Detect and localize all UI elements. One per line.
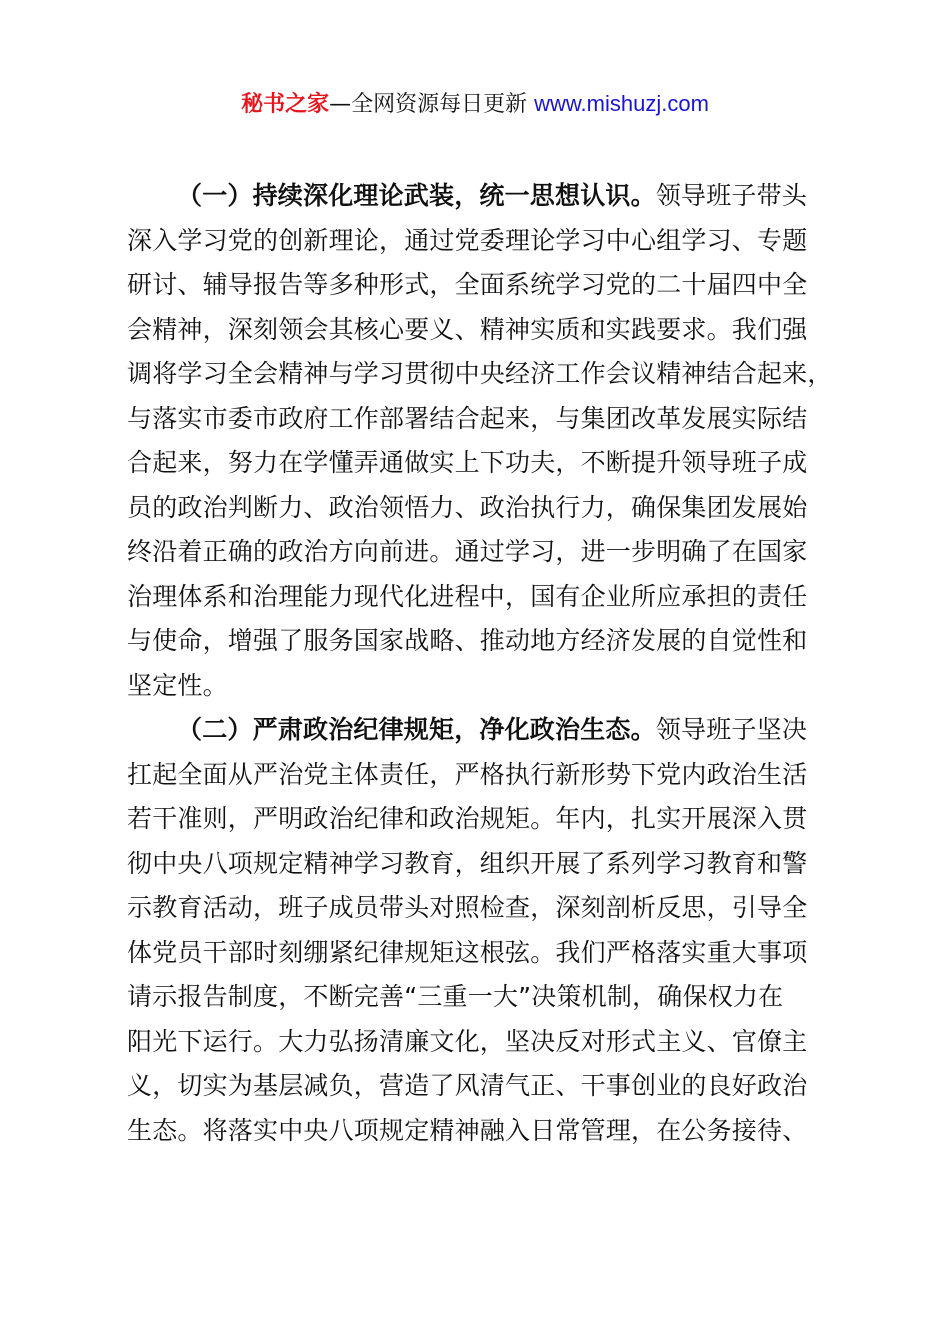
paragraph-line: 合起来，努力在学懂弄通做实上下功夫，不断提升领导班子成	[127, 441, 847, 486]
paragraph-line: 员的政治判断力、政治领悟力、政治执行力，确保集团发展始	[127, 486, 847, 531]
paragraph-line: 与落实市委市政府工作部署结合起来，与集团改革发展实际结	[127, 397, 847, 442]
paragraph-line: 体党员干部时刻绷紧纪律规矩这根弦。我们严格落实重大事项	[127, 931, 847, 976]
watermark-header: 秘书之家—全网资源每日更新 www.mishuzj.com	[0, 88, 950, 121]
section-2: （二）严肃政治纪律规矩，净化政治生态。领导班子坚决 扛起全面从严治党主体责任，严…	[127, 708, 847, 1153]
paragraph-line: 示教育活动，班子成员带头对照检查，深刻剖析反思，引导全	[127, 886, 847, 931]
paragraph-line: 请示报告制度，不断完善“三重一大”决策机制，确保权力在	[127, 975, 847, 1020]
paragraph-line: 义，切实为基层减负，营造了风清气正、干事创业的良好政治	[127, 1064, 847, 1109]
paragraph-line: 生态。将落实中央八项规定精神融入日常管理，在公务接待、	[127, 1109, 847, 1154]
section-heading: （二）严肃政治纪律规矩，净化政治生态。	[177, 715, 656, 744]
paragraph-line: 彻中央八项规定精神学习教育，组织开展了系列学习教育和警	[127, 842, 847, 887]
paragraph-line: （一）持续深化理论武装，统一思想认识。领导班子带头	[127, 174, 847, 219]
paragraph-line: 深入学习党的创新理论，通过党委理论学习中心组学习、专题	[127, 219, 847, 264]
section-heading: （一）持续深化理论武装，统一思想认识。	[177, 181, 656, 210]
paragraph-line: （二）严肃政治纪律规矩，净化政治生态。领导班子坚决	[127, 708, 847, 753]
section-1: （一）持续深化理论武装，统一思想认识。领导班子带头 深入学习党的创新理论，通过党…	[127, 174, 847, 708]
paragraph-line: 坚定性。	[127, 664, 847, 709]
paragraph-line: 调将学习全会精神与学习贯彻中央经济工作会议精神结合起来，	[127, 352, 847, 397]
paragraph-line: 若干准则，严明政治纪律和政治规矩。年内，扎实开展深入贯	[127, 797, 847, 842]
document-body: （一）持续深化理论武装，统一思想认识。领导班子带头 深入学习党的创新理论，通过党…	[127, 174, 847, 1153]
website-link[interactable]: www.mishuzj.com	[534, 91, 709, 116]
paragraph-line: 研讨、辅导报告等多种形式，全面系统学习党的二十届四中全	[127, 263, 847, 308]
paragraph-line: 扛起全面从严治党主体责任，严格执行新形势下党内政治生活	[127, 753, 847, 798]
paragraph-line: 治理体系和治理能力现代化进程中，国有企业所应承担的责任	[127, 575, 847, 620]
paragraph-line: 会精神，深刻领会其核心要义、精神实质和实践要求。我们强	[127, 308, 847, 353]
paragraph-line: 与使命，增强了服务国家战略、推动地方经济发展的自觉性和	[127, 619, 847, 664]
paragraph-line: 终沿着正确的政治方向前进。通过学习，进一步明确了在国家	[127, 530, 847, 575]
brand-name: 秘书之家	[241, 92, 329, 117]
header-slogan: —全网资源每日更新	[329, 92, 534, 117]
paragraph-line: 阳光下运行。大力弘扬清廉文化，坚决反对形式主义、官僚主	[127, 1020, 847, 1065]
